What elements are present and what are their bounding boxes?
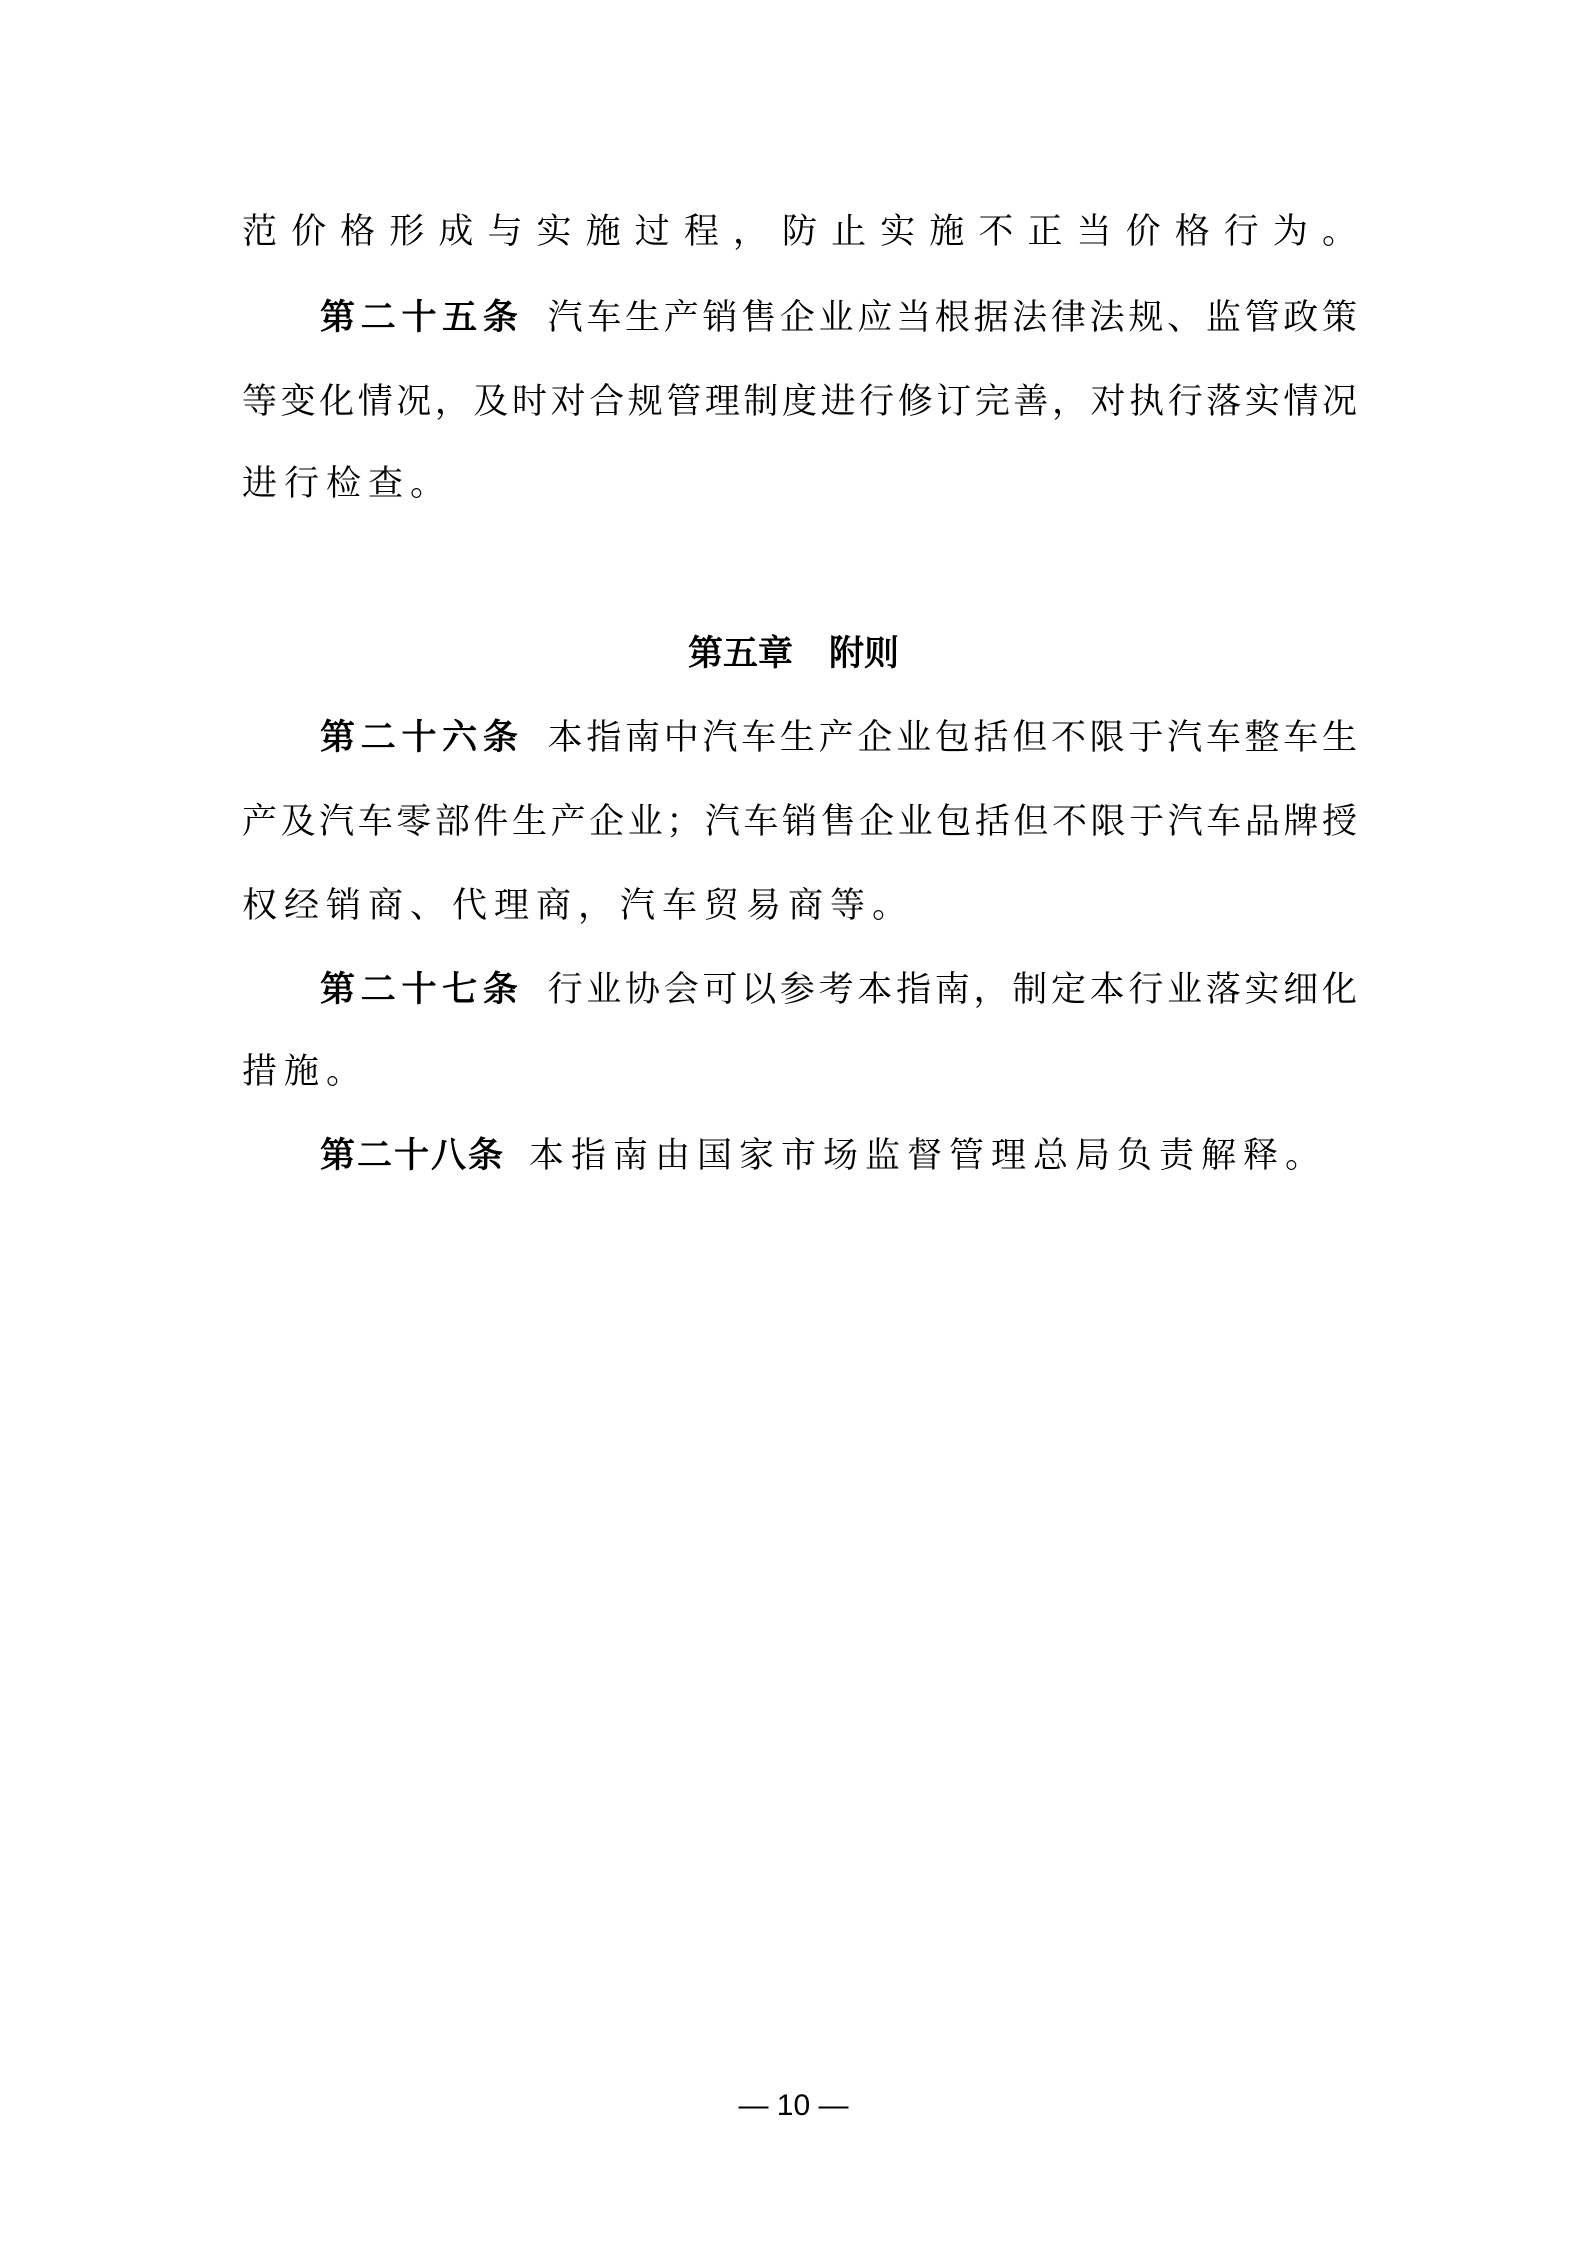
article-26-line-2: 产及汽车零部件生产企业；汽车销售企业包括但不限于汽车品牌授 bbox=[242, 800, 1357, 844]
article-number: 第二十八条 bbox=[320, 1136, 505, 1176]
article-text: 本指南由国家市场监督管理总局负责解释。 bbox=[529, 1136, 1327, 1176]
article-25-line-1: 第二十五条汽车生产销售企业应当根据法律法规、监管政策 bbox=[320, 296, 1357, 340]
article-27-line-2: 措施。 bbox=[242, 1050, 1357, 1094]
article-text: 行业协会可以参考本指南，制定本行业落实细化 bbox=[548, 970, 1357, 1010]
article-26-line-3: 权经销商、代理商，汽车贸易商等。 bbox=[242, 884, 1357, 928]
article-26-line-1: 第二十六条本指南中汽车生产企业包括但不限于汽车整车生 bbox=[320, 716, 1357, 760]
article-25-line-2: 等变化情况，及时对合规管理制度进行修订完善，对执行落实情况 bbox=[242, 380, 1357, 424]
article-number: 第二十五条 bbox=[320, 298, 524, 338]
article-text: 本指南中汽车生产企业包括但不限于汽车整车生 bbox=[548, 718, 1357, 758]
article-number: 第二十七条 bbox=[320, 970, 524, 1010]
chapter-heading: 第五章附则 bbox=[0, 632, 1587, 676]
page-number: — 10 — bbox=[0, 2088, 1587, 2124]
article-27-line-1: 第二十七条行业协会可以参考本指南，制定本行业落实细化 bbox=[320, 968, 1357, 1012]
chapter-title: 附则 bbox=[829, 634, 899, 674]
chapter-number: 第五章 bbox=[688, 634, 793, 674]
article-28-line-1: 第二十八条本指南由国家市场监督管理总局负责解释。 bbox=[320, 1134, 1357, 1178]
document-page: 范价格形成与实施过程，防止实施不正当价格行为。 第二十五条汽车生产销售企业应当根… bbox=[0, 0, 1587, 2245]
article-text: 汽车生产销售企业应当根据法律法规、监管政策 bbox=[548, 298, 1357, 338]
article-number: 第二十六条 bbox=[320, 718, 524, 758]
paragraph-continuation: 范价格形成与实施过程，防止实施不正当价格行为。 bbox=[242, 210, 1357, 254]
article-25-line-3: 进行检查。 bbox=[242, 462, 1357, 506]
